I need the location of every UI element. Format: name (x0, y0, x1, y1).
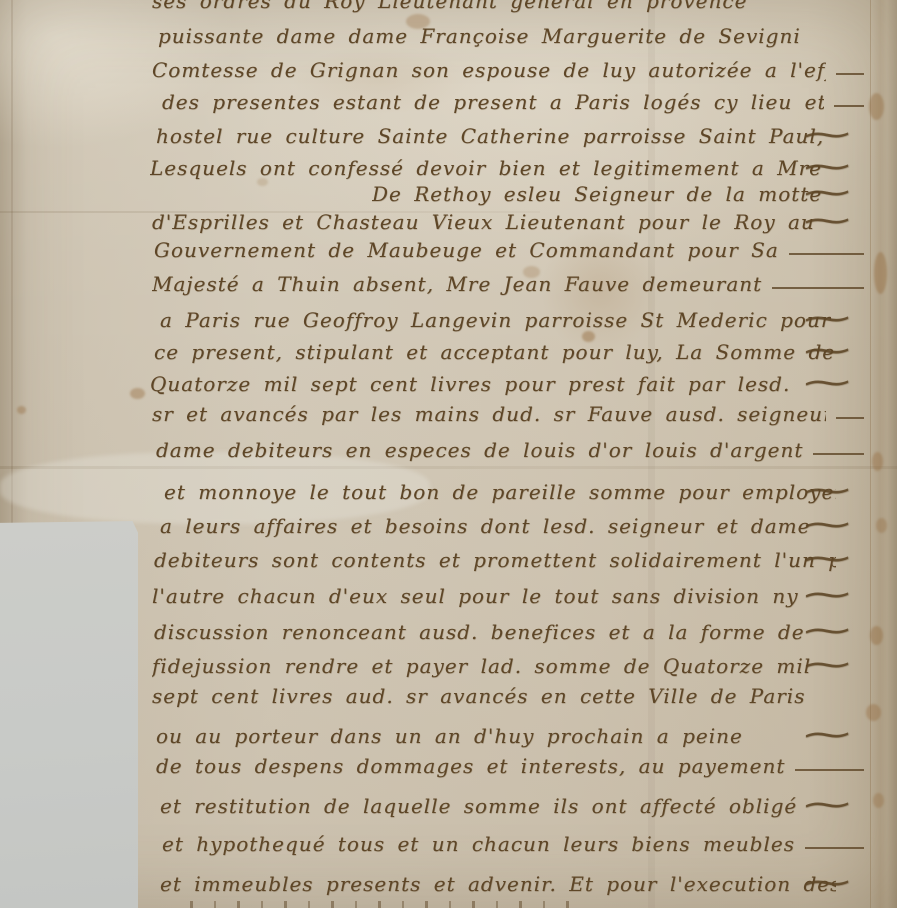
line-end-dash-filler (813, 453, 864, 455)
manuscript-line-text: hostel rue culture Sainte Catherine parr… (156, 122, 824, 150)
manuscript-line: et immeubles presents et advenir. Et pou… (160, 866, 870, 894)
line-end-flourish: ~ (799, 544, 870, 572)
manuscript-line-text: debiteurs sont contents et promettent so… (154, 546, 836, 574)
cut-off-line-strokes (190, 901, 570, 908)
aged-paper-background: ses ordres du Roy Lieutenant general en … (0, 0, 897, 908)
manuscript-line: ses ordres du Roy Lieutenant general en … (152, 0, 870, 15)
manuscript-line: Gouvernement de Maubeuge et Commandant p… (154, 236, 870, 264)
manuscript-line-text: et hypothequé tous et un chacun leurs bi… (162, 830, 795, 858)
manuscript-line-text: d'Esprilles et Chasteau Vieux Lieutenant… (152, 208, 815, 236)
line-end-flourish: ~ (799, 868, 870, 896)
manuscript-line (190, 898, 870, 908)
manuscript-line: fidejussion rendre et payer lad. somme d… (152, 648, 870, 676)
manuscript-line: l'autre chacun d'eux seul pour le tout s… (152, 578, 870, 606)
manuscript-line-text: discussion renonceant ausd. benefices et… (154, 618, 805, 646)
manuscript-line: sr et avancés par les mains dud. sr Fauv… (152, 400, 870, 428)
manuscript-line: ou au porteur dans un an d'huy prochain … (156, 718, 870, 746)
manuscript-line: ce present, stipulant et acceptant pour … (154, 334, 870, 362)
manuscript-line: et hypothequé tous et un chacun leurs bi… (162, 830, 870, 858)
manuscript-line-text: Comtesse de Grignan son espouse de luy a… (152, 56, 826, 84)
manuscript-line-text: et monnoye le tout bon de pareille somme… (164, 478, 836, 506)
manuscript-line-text: dame debiteurs en especes de louis d'or … (156, 436, 803, 464)
line-end-dash-filler (836, 417, 864, 419)
manuscript-line: debiteurs sont contents et promettent so… (154, 542, 870, 570)
manuscript-line: a leurs affaires et besoins dont lesd. s… (160, 508, 870, 536)
manuscript-line: Lesquels ont confessé devoir bien et leg… (150, 150, 870, 178)
manuscript-line: et monnoye le tout bon de pareille somme… (164, 474, 870, 502)
manuscript-line: dame debiteurs en especes de louis d'or … (156, 436, 870, 464)
manuscript-line: Comtesse de Grignan son espouse de luy a… (152, 56, 870, 84)
manuscript-line-text: ses ordres du Roy Lieutenant general en … (152, 0, 747, 15)
line-end-flourish: ~ (799, 720, 870, 748)
line-end-flourish: ~ (799, 580, 870, 608)
line-end-flourish: ~ (799, 790, 870, 818)
line-end-flourish: ~ (799, 650, 870, 678)
manuscript-line-text: sept cent livres aud. sr avancés en cett… (152, 682, 805, 710)
manuscript-line-text: des presentes estant de present a Paris … (162, 88, 824, 116)
manuscript-line: hostel rue culture Sainte Catherine parr… (156, 118, 870, 146)
manuscript-line: Majesté a Thuin absent, Mre Jean Fauve d… (152, 270, 870, 298)
manuscript-text-block: ses ordres du Roy Lieutenant general en … (0, 0, 897, 908)
manuscript-line-text: et restitution de laquelle somme ils ont… (160, 792, 797, 820)
manuscript-line-text: fidejussion rendre et payer lad. somme d… (152, 652, 811, 680)
line-end-flourish: ~ (799, 368, 870, 396)
line-end-dash-filler (772, 287, 864, 289)
manuscript-line: Quatorze mil sept cent livres pour prest… (150, 366, 870, 394)
manuscript-line-text: l'autre chacun d'eux seul pour le tout s… (152, 582, 799, 610)
manuscript-line: De Rethoy esleu Seigneur de la motte~ (372, 176, 870, 204)
manuscript-line: sept cent livres aud. sr avancés en cett… (152, 682, 870, 710)
manuscript-line: discussion renonceant ausd. benefices et… (154, 614, 870, 642)
manuscript-line-text: de tous despens dommages et interests, a… (156, 752, 785, 780)
manuscript-line-text: Gouvernement de Maubeuge et Commandant p… (154, 236, 779, 264)
manuscript-line-text: puissante dame dame Françoise Marguerite… (158, 22, 801, 50)
manuscript-line-text: Quatorze mil sept cent livres pour prest… (150, 370, 790, 398)
manuscript-line-text: et immeubles presents et advenir. Et pou… (160, 870, 836, 898)
line-end-flourish: ~ (799, 616, 870, 644)
manuscript-line: des presentes estant de present a Paris … (162, 88, 870, 116)
line-end-flourish: ~ (799, 206, 870, 234)
manuscript-line: puissante dame dame Françoise Marguerite… (158, 22, 870, 50)
line-end-dash-filler (834, 105, 864, 107)
manuscript-line-text: Majesté a Thuin absent, Mre Jean Fauve d… (152, 270, 762, 298)
manuscript-line: et restitution de laquelle somme ils ont… (160, 788, 870, 816)
line-end-dash-filler (836, 73, 864, 75)
line-end-dash-filler (795, 769, 864, 771)
line-end-flourish: ~ (799, 476, 870, 504)
line-end-dash-filler (789, 253, 864, 255)
manuscript-line-text: a Paris rue Geoffroy Langevin parroisse … (160, 306, 831, 334)
manuscript-line-text: a leurs affaires et besoins dont lesd. s… (160, 512, 810, 540)
line-end-flourish: ~ (799, 304, 870, 332)
manuscript-line-text: ce present, stipulant et acceptant pour … (154, 338, 835, 366)
manuscript-line: a Paris rue Geoffroy Langevin parroisse … (160, 302, 870, 330)
line-end-flourish: ~ (799, 510, 870, 538)
line-end-flourish: ~ (799, 120, 870, 148)
manuscript-line-text: ou au porteur dans un an d'huy prochain … (156, 722, 743, 750)
line-end-dash-filler (805, 847, 864, 849)
manuscript-line: d'Esprilles et Chasteau Vieux Lieutenant… (152, 204, 870, 232)
manuscript-line-text: sr et avancés par les mains dud. sr Fauv… (152, 400, 826, 428)
manuscript-line: de tous despens dommages et interests, a… (156, 752, 870, 780)
line-end-flourish: ~ (799, 336, 870, 364)
